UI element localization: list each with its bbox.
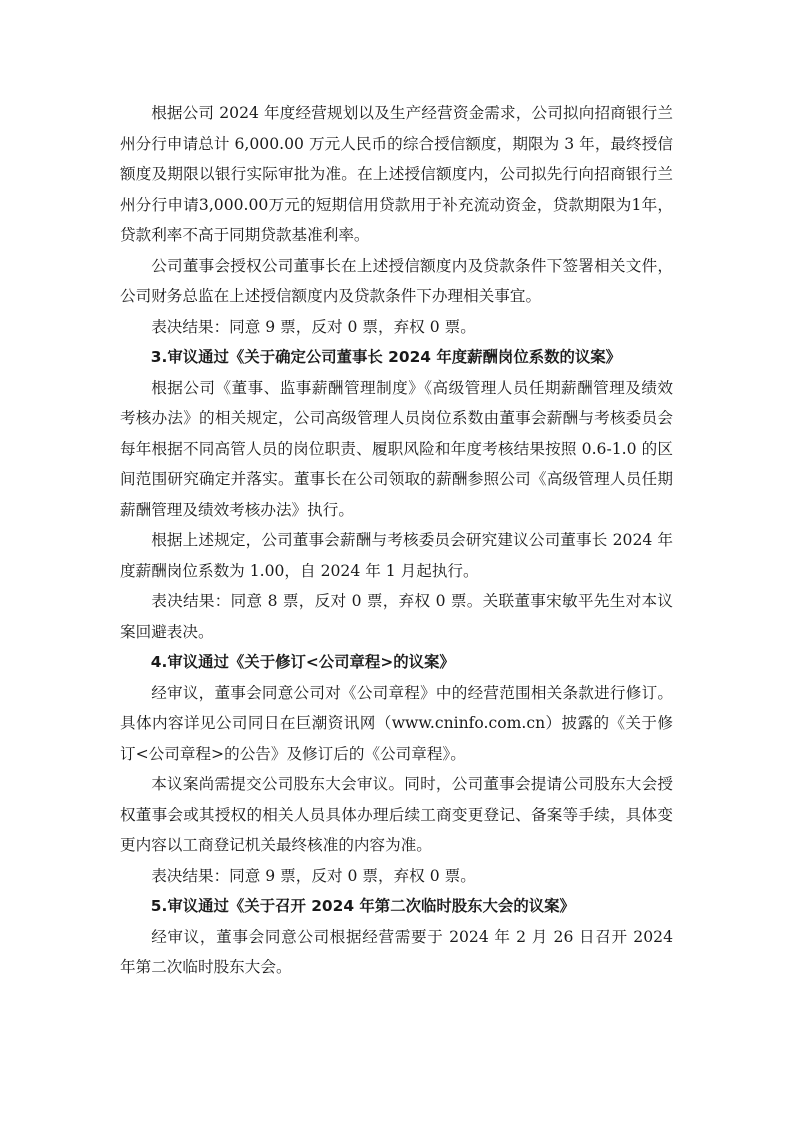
- paragraph-salary-coefficient: 根据上述规定，公司董事会薪酬与考核委员会研究建议公司董事长 2024 年度薪酬岗…: [120, 525, 673, 586]
- vote-result-2: 表决结果：同意 8 票，反对 0 票，弃权 0 票。关联董事宋敏平先生对本议案回…: [120, 586, 673, 647]
- resolution-heading-3: 3.审议通过《关于确定公司董事长 2024 年度薪酬岗位系数的议案》: [120, 342, 673, 373]
- paragraph-charter-amendment: 经审议，董事会同意公司对《公司章程》中的经营范围相关条款进行修订。具体内容详见公…: [120, 678, 673, 770]
- vote-result-1: 表决结果：同意 9 票，反对 0 票，弃权 0 票。: [120, 312, 673, 343]
- paragraph-shareholder-authorization: 本议案尚需提交公司股东大会审议。同时，公司董事会提请公司股东大会授权董事会或其授…: [120, 769, 673, 861]
- document-page: 根据公司 2024 年度经营规划以及生产经营资金需求，公司拟向招商银行兰州分行申…: [120, 98, 673, 983]
- paragraph-credit-line: 根据公司 2024 年度经营规划以及生产经营资金需求，公司拟向招商银行兰州分行申…: [120, 98, 673, 251]
- paragraph-salary-rules: 根据公司《董事、监事薪酬管理制度》《高级管理人员任期薪酬管理及绩效考核办法》的相…: [120, 373, 673, 526]
- vote-result-3: 表决结果：同意 9 票，反对 0 票，弃权 0 票。: [120, 861, 673, 892]
- paragraph-shareholder-meeting: 经审议，董事会同意公司根据经营需要于 2024 年 2 月 26 日召开 202…: [120, 922, 673, 983]
- paragraph-authorization: 公司董事会授权公司董事长在上述授信额度内及贷款条件下签署相关文件，公司财务总监在…: [120, 251, 673, 312]
- resolution-heading-5: 5.审议通过《关于召开 2024 年第二次临时股东大会的议案》: [120, 891, 673, 922]
- resolution-heading-4: 4.审议通过《关于修订<公司章程>的议案》: [120, 647, 673, 678]
